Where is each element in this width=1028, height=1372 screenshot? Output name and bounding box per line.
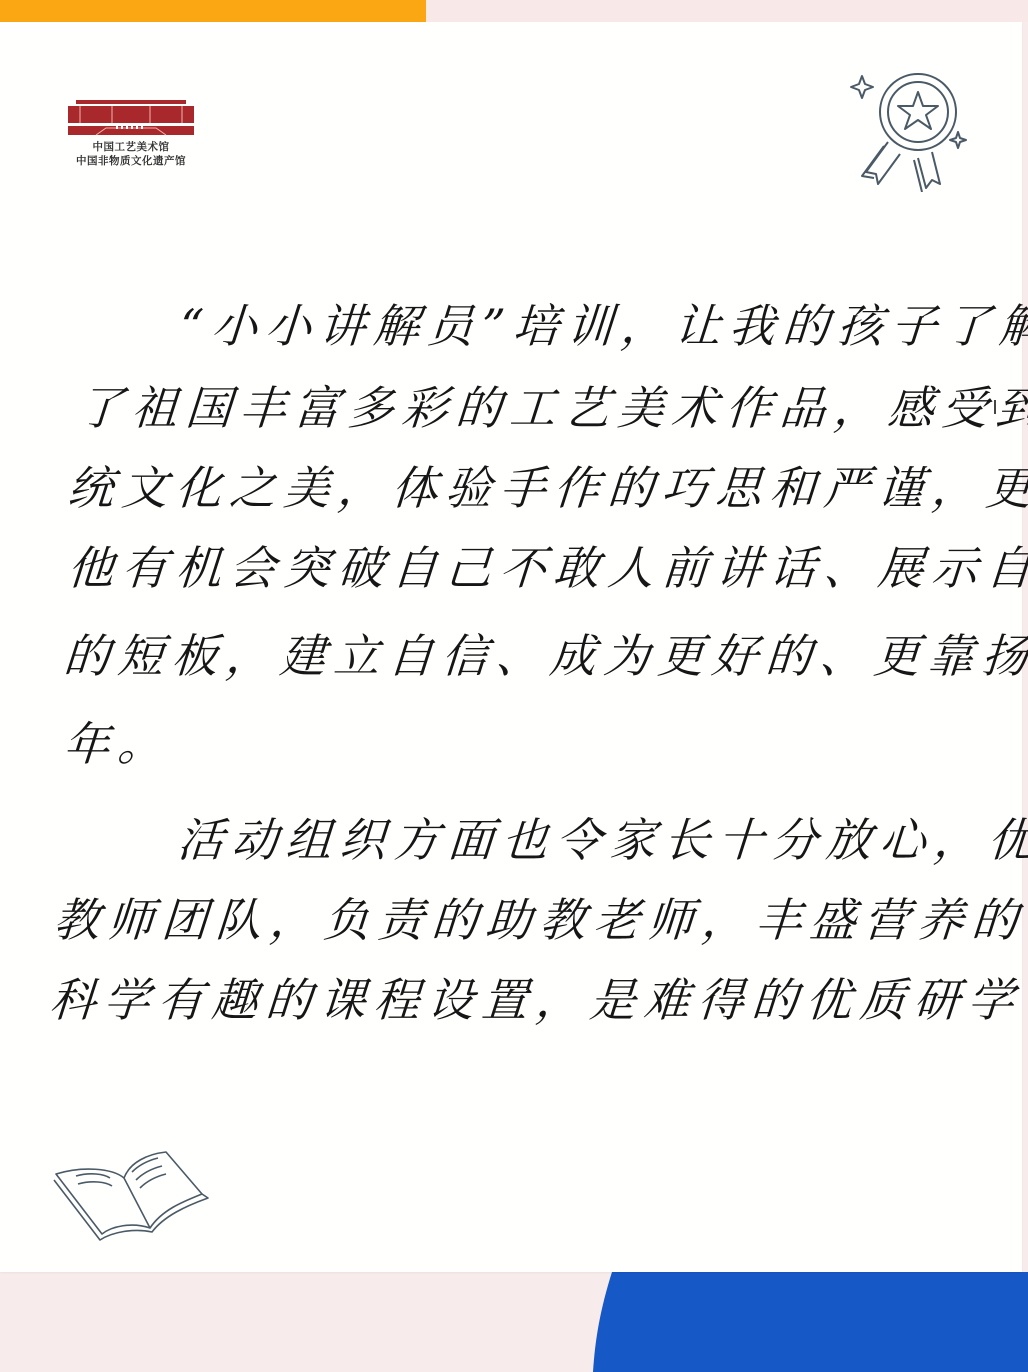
letter-line: 统文化之美，体验手作的巧思和严谨，更让	[66, 452, 1028, 518]
logo-line-1: 中国工艺美术馆	[66, 140, 196, 154]
letter-line: 年。	[62, 708, 175, 774]
letter-line: 他有机会突破自己不敢人前讲话、展示自己	[66, 532, 1028, 598]
letter-line: 的短板，建立自信、成为更好的、更靠扬的少	[62, 620, 1028, 686]
letter-line: 了祖国丰富多彩的工艺美术作品，感受到中国传	[76, 372, 1028, 438]
award-badge-icon	[848, 62, 972, 192]
logo-line-2: 中国非物质文化遗产馆	[66, 154, 196, 168]
top-accent-bar-pink	[426, 0, 1028, 22]
letter-line: 活动组织方面也令家长十分放心，优秀的	[176, 804, 1028, 870]
letter-line: 科学有趣的课程设置，是难得的优质研学营。	[48, 964, 1028, 1030]
letter-line: “小小讲解员”培训，让我的孩子了解	[178, 290, 1028, 356]
top-accent-bar-orange	[0, 0, 426, 22]
letter-paper: 中国工艺美术馆 中国非物质文化遗产馆 “小小讲解员”培训，让我的孩子了解 了祖国…	[0, 22, 1022, 1272]
letter-line: 教师团队，负责的助教老师，丰盛营养的餐食	[52, 884, 1028, 950]
museum-logo: 中国工艺美术馆 中国非物质文化遗产馆	[66, 100, 196, 168]
museum-building-icon	[66, 100, 196, 136]
open-book-icon	[52, 1132, 212, 1247]
